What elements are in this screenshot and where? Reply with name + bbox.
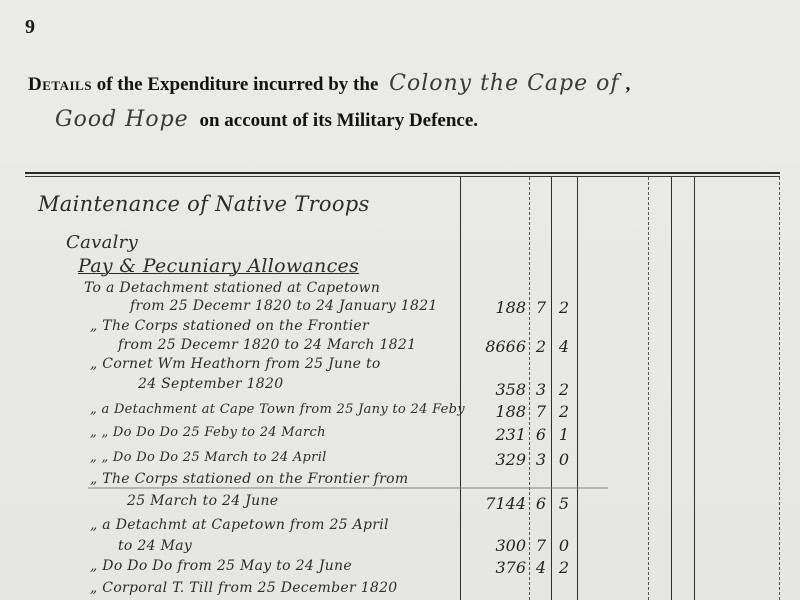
column-rule-7 (694, 177, 695, 600)
entry-line: to 24 May (118, 538, 192, 554)
amount-shillings: 6 (533, 425, 549, 444)
entry-line: „ „ Do Do Do 25 Feby to 24 March (90, 425, 326, 440)
entry-line: „ „ Do Do Do 25 March to 24 April (90, 450, 327, 465)
entry-line: 24 September 1820 (138, 376, 283, 392)
amount-shillings: 3 (533, 450, 549, 469)
amount-pence: 4 (554, 337, 574, 356)
entry-line: „ a Detachmt at Capetown from 25 April (90, 517, 389, 533)
amount-shillings: 7 (533, 402, 549, 421)
document-heading-line-1: Details of the Expenditure incurred by t… (28, 71, 630, 96)
amount-pence: 5 (554, 494, 574, 513)
entry-line: „ Cornet Wm Heathorn from 25 June to (90, 356, 381, 372)
amount-pounds: 7144 (470, 494, 526, 513)
separator-rule (88, 487, 608, 489)
entry-line: 25 March to 24 June (127, 493, 278, 509)
heading-printed-1: of the Expenditure incurred by the (97, 74, 379, 95)
entry-line: „ The Corps stationed on the Frontier (90, 318, 369, 334)
amount-pounds: 358 (470, 380, 526, 399)
column-rule-pounds (529, 177, 530, 600)
entry-line: „ The Corps stationed on the Frontier fr… (90, 471, 408, 487)
heading-handwritten-colony: Colony the Cape of (389, 71, 619, 96)
column-rule-6 (671, 177, 672, 600)
heading-comma: , (626, 74, 631, 95)
entry-line: from 25 Decemr 1820 to 24 March 1821 (118, 337, 416, 353)
heading-handwritten-good-hope: Good Hope (55, 107, 189, 132)
amount-shillings: 4 (533, 558, 549, 577)
amount-shillings: 2 (533, 337, 549, 356)
amount-pounds: 300 (470, 536, 526, 555)
entry-line: from 25 Decemr 1820 to 24 January 1821 (130, 298, 438, 314)
heading-printed-2: on account of its Military Defence. (199, 110, 478, 131)
header-double-rule (25, 172, 780, 177)
section-title: Maintenance of Native Troops (38, 192, 370, 216)
column-rule-description (460, 177, 461, 600)
document-heading-line-2: Good Hope on account of its Military Def… (55, 107, 478, 132)
subsection-title: Cavalry (66, 232, 138, 253)
column-rule-shillings (551, 177, 552, 600)
amount-pounds: 8666 (470, 337, 526, 356)
amount-pounds: 188 (470, 298, 526, 317)
entry-line: „ Corporal T. Till from 25 December 1820 (90, 580, 398, 596)
amount-pence: 2 (554, 380, 574, 399)
document-page: 9 Details of the Expenditure incurred by… (0, 0, 800, 600)
column-rule-5 (648, 177, 649, 600)
amount-shillings: 7 (533, 298, 549, 317)
amount-shillings: 7 (533, 536, 549, 555)
page-number: 9 (25, 16, 35, 39)
amount-pounds: 188 (470, 402, 526, 421)
entry-line: To a Detachment stationed at Capetown (84, 280, 380, 296)
amount-pence: 0 (554, 450, 574, 469)
amount-pence: 2 (554, 402, 574, 421)
amount-pounds: 329 (470, 450, 526, 469)
amount-shillings: 3 (533, 380, 549, 399)
amount-pence: 0 (554, 536, 574, 555)
column-rule-pence (577, 177, 578, 600)
amount-pounds: 376 (470, 558, 526, 577)
entry-line: „ a Detachment at Cape Town from 25 Jany… (90, 402, 465, 417)
column-rule-8 (779, 177, 780, 600)
heading-lead: Details (28, 74, 92, 95)
category-title: Pay & Pecuniary Allowances (78, 255, 359, 277)
amount-pence: 2 (554, 558, 574, 577)
entry-line: „ Do Do Do from 25 May to 24 June (90, 558, 352, 574)
amount-pounds: 231 (470, 425, 526, 444)
amount-shillings: 6 (533, 494, 549, 513)
amount-pence: 1 (554, 425, 574, 444)
amount-pence: 2 (554, 298, 574, 317)
